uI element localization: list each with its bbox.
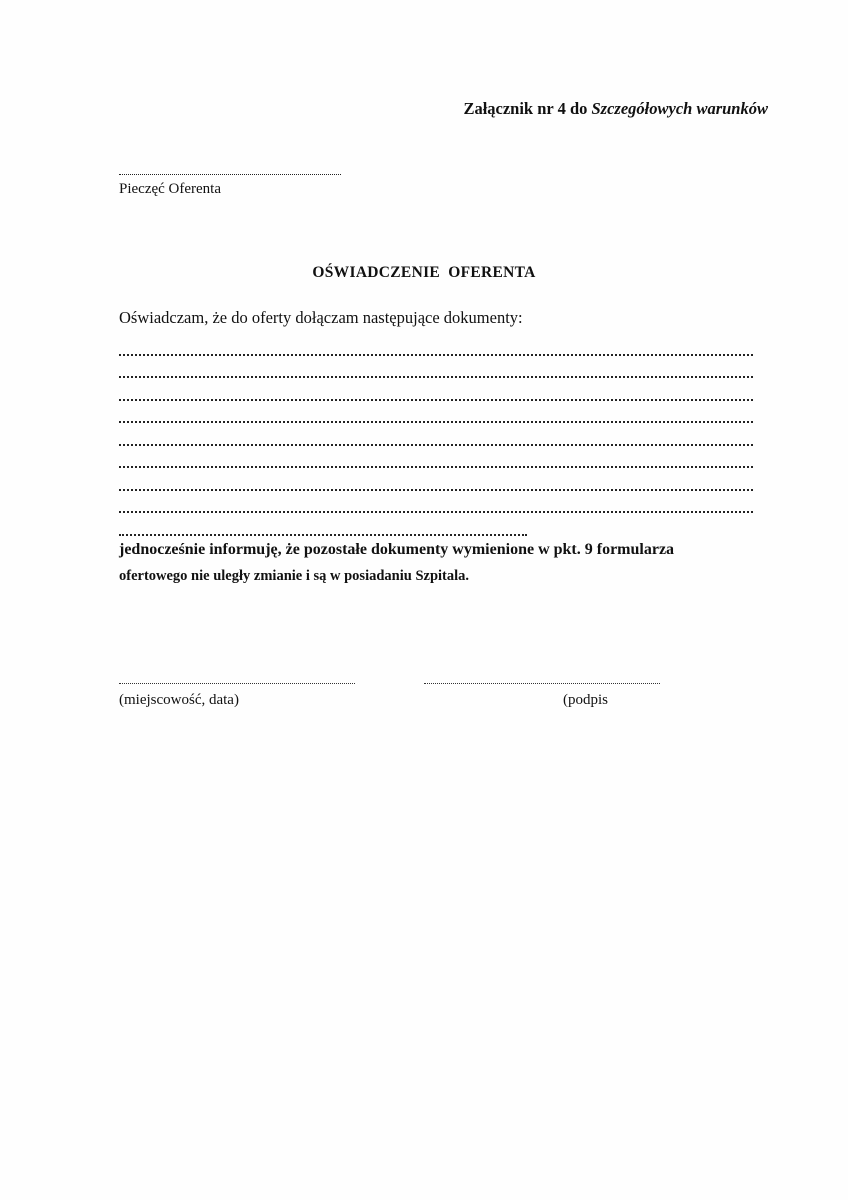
document-line-field[interactable] [119,491,753,514]
document-line-field[interactable] [119,468,753,491]
document-line-field[interactable] [119,423,753,446]
annex-prefix: Załącznik nr 4 do [463,99,591,118]
annex-italic: Szczegółowych warunków [592,99,769,118]
place-date-label: (miejscowość, data) [119,692,239,709]
document-line-field[interactable] [119,513,527,536]
info-line-1: jednocześnie informuję, że pozostałe dok… [119,537,759,563]
signature-field[interactable] [424,673,660,684]
document-list-fields [119,333,753,536]
document-line-field[interactable] [119,401,753,424]
stamp-label: Pieczęć Oferenta [119,181,221,198]
place-date-field[interactable] [119,673,355,684]
info-statement: jednocześnie informuję, że pozostałe dok… [119,537,759,589]
signature-label: (podpis [563,692,608,709]
document-line-field[interactable] [119,356,753,379]
stamp-field[interactable] [119,160,341,175]
info-line-2: ofertowego nie uległy zmianie i są w pos… [119,563,759,589]
page-title: OŚWIADCZENIE OFERENTA [0,264,848,282]
document-line-field[interactable] [119,333,753,356]
document-line-field[interactable] [119,378,753,401]
document-page: Załącznik nr 4 do Szczegółowych warunków… [0,0,848,1200]
document-line-field[interactable] [119,446,753,469]
annex-reference: Załącznik nr 4 do Szczegółowych warunków [463,99,768,119]
intro-statement: Oświadczam, że do oferty dołączam następ… [119,308,523,328]
